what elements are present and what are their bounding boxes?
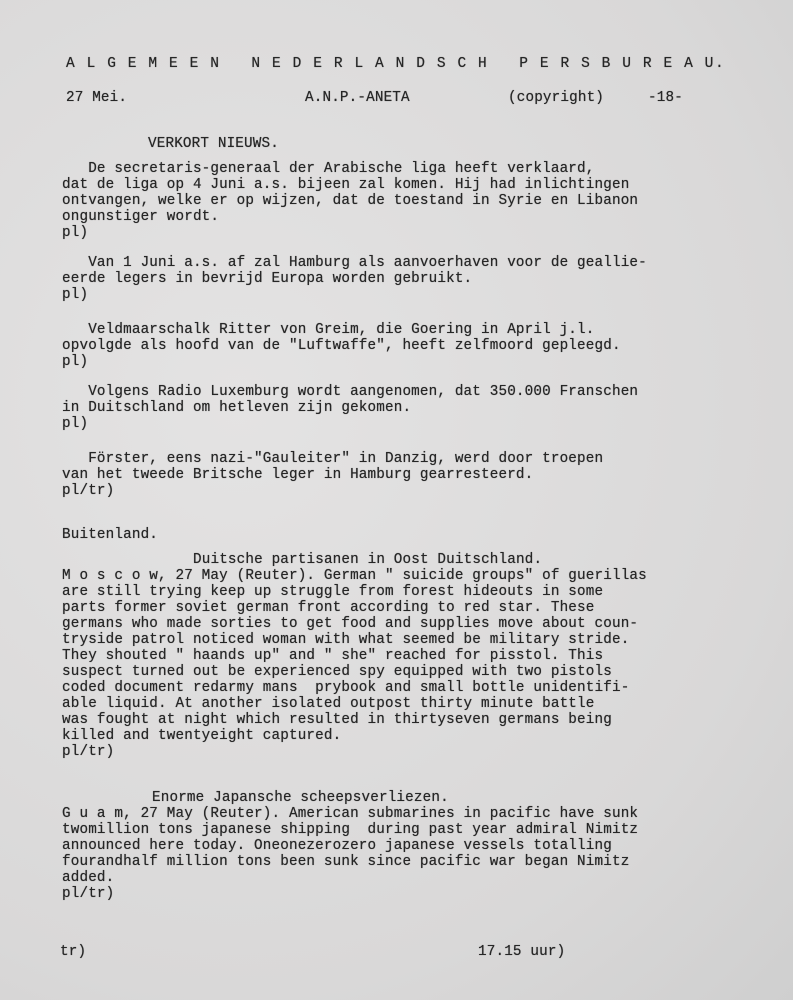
copyright-note: (copyright) <box>508 90 604 106</box>
story-title: Duitsche partisanen in Oost Duitschland. <box>193 552 542 568</box>
section-heading-verkort-nieuws: VERKORT NIEUWS. <box>148 136 279 152</box>
text-line: eerde legers in bevrijd Europa worden ge… <box>62 271 472 287</box>
item-signature: pl/tr) <box>62 483 114 499</box>
item-signature: pl) <box>62 416 88 432</box>
footer-time: 17.15 uur) <box>478 944 565 960</box>
text-line: was fought at night which resulted in th… <box>62 712 612 728</box>
bulletin-source: A.N.P.-ANETA <box>305 90 410 106</box>
text-line: They shouted " haands up" and " she" rea… <box>62 648 603 664</box>
item-signature: pl) <box>62 354 88 370</box>
footer-signature: tr) <box>60 944 86 960</box>
text-line: van het tweede Britsche leger in Hamburg… <box>62 467 533 483</box>
text-line: are still trying keep up struggle from f… <box>62 584 603 600</box>
text-line: announced here today. Oneonezerozero jap… <box>62 838 612 854</box>
text-line: ongunstiger wordt. <box>62 209 219 225</box>
text-line: in Duitschland om hetleven zijn gekomen. <box>62 400 411 416</box>
text-line: G u a m, 27 May (Reuter). American subma… <box>62 806 638 822</box>
text-line: De secretaris-generaal der Arabische lig… <box>62 161 595 177</box>
text-line: Van 1 Juni a.s. af zal Hamburg als aanvo… <box>62 255 647 271</box>
page-number: -18- <box>648 90 683 106</box>
text-line: germans who made sorties to get food and… <box>62 616 638 632</box>
text-line: coded document redarmy mans prybook and … <box>62 680 629 696</box>
text-line: fourandhalf million tons been sunk since… <box>62 854 629 870</box>
text-line: M o s c o w, 27 May (Reuter). German " s… <box>62 568 647 584</box>
text-line: twomillion tons japanese shipping during… <box>62 822 638 838</box>
text-line: Volgens Radio Luxemburg wordt aangenomen… <box>62 384 638 400</box>
text-line: parts former soviet german front accordi… <box>62 600 595 616</box>
bulletin-date: 27 Mei. <box>66 90 127 106</box>
text-line: suspect turned out be experienced spy eq… <box>62 664 612 680</box>
story-title: Enorme Japansche scheepsverliezen. <box>152 790 449 806</box>
text-line: Förster, eens nazi-"Gauleiter" in Danzig… <box>62 451 603 467</box>
item-signature: pl/tr) <box>62 886 114 902</box>
text-line: tryside patrol noticed woman with what s… <box>62 632 629 648</box>
text-line: ontvangen, welke er op wijzen, dat de to… <box>62 193 638 209</box>
section-heading-buitenland: Buitenland. <box>62 527 158 543</box>
text-line: Veldmaarschalk Ritter von Greim, die Goe… <box>62 322 595 338</box>
item-signature: pl) <box>62 225 88 241</box>
text-line: opvolgde als hoofd van de "Luftwaffe", h… <box>62 338 621 354</box>
text-line: able liquid. At another isolated outpost… <box>62 696 595 712</box>
agency-header: A L G E M E E N N E D E R L A N D S C H … <box>66 56 725 72</box>
text-line: killed and twentyeight captured. <box>62 728 341 744</box>
text-line: added. <box>62 870 114 886</box>
text-line: dat de liga op 4 Juni a.s. bijeen zal ko… <box>62 177 629 193</box>
typewritten-press-bulletin: A L G E M E E N N E D E R L A N D S C H … <box>0 0 793 1000</box>
item-signature: pl) <box>62 287 88 303</box>
item-signature: pl/tr) <box>62 744 114 760</box>
